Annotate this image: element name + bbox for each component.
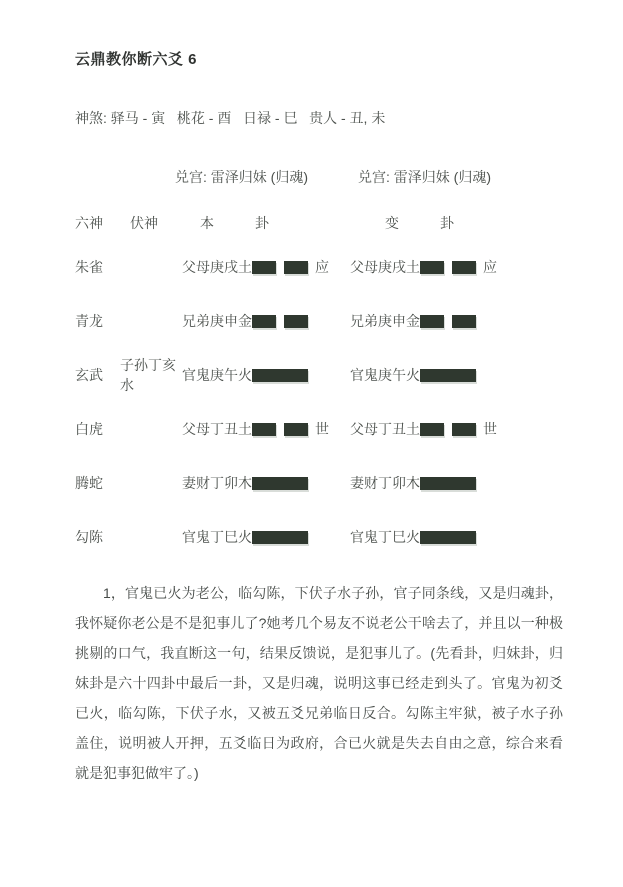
palace-header-row: 兑宫: 雷泽归妹 (归魂) 兑宫: 雷泽归妹 (归魂): [75, 167, 565, 184]
changed-line-label: 兄弟庚申金: [350, 311, 420, 331]
yin-line-symbol: [252, 423, 308, 436]
original-gua-cell: 父母丁丑土世: [182, 419, 350, 439]
yang-line-symbol: [252, 531, 308, 544]
table-row: 朱雀父母庚戌土应父母庚戌土应: [75, 240, 565, 294]
original-line-label: 官鬼丁巳火: [182, 527, 252, 547]
yang-bar: [420, 369, 476, 382]
changed-gua-cell: 官鬼庚午火: [350, 365, 518, 385]
changed-line-label: 父母丁丑土: [350, 419, 420, 439]
yin-segment: [252, 261, 276, 274]
header-changed: 变: [385, 213, 399, 233]
header-hidden-spirit: 伏神: [130, 213, 158, 233]
header-original: 本: [200, 213, 214, 233]
header-six-gods: 六神: [75, 213, 103, 233]
hexagram-rows: 朱雀父母庚戌土应父母庚戌土应青龙兄弟庚申金兄弟庚申金玄武子孙丁亥水官鬼庚午火官鬼…: [75, 240, 565, 564]
yin-segment: [452, 423, 476, 436]
changed-line-label: 父母庚戌土: [350, 257, 420, 277]
yin-segment: [284, 423, 308, 436]
hidden-spirit-label: 子孙丁亥水: [120, 355, 182, 395]
yang-line-symbol: [420, 369, 476, 382]
yang-line-symbol: [252, 369, 308, 382]
six-god-label: 腾蛇: [75, 473, 120, 493]
original-line-label: 妻财丁卯木: [182, 473, 252, 493]
changed-gua-cell: 父母庚戌土应: [350, 257, 518, 277]
yang-line-symbol: [420, 477, 476, 490]
yin-segment: [284, 315, 308, 328]
changed-gua-cell: 父母丁丑土世: [350, 419, 518, 439]
yin-segment: [420, 423, 444, 436]
yin-line-symbol: [420, 261, 476, 274]
yang-line-symbol: [252, 477, 308, 490]
six-god-label: 勾陈: [75, 527, 120, 547]
original-line-label: 官鬼庚午火: [182, 365, 252, 385]
original-gua-cell: 妻财丁卯木: [182, 473, 350, 493]
yin-segment: [252, 423, 276, 436]
shi-ying-marker: 世: [308, 419, 350, 439]
table-row: 腾蛇妻财丁卯木妻财丁卯木: [75, 456, 565, 510]
header-original-gua: 卦: [255, 213, 269, 233]
yin-segment: [452, 261, 476, 274]
yin-line-symbol: [252, 261, 308, 274]
changed-line-label: 官鬼丁巳火: [350, 527, 420, 547]
six-god-label: 玄武: [75, 365, 120, 385]
original-gua-cell: 官鬼丁巳火: [182, 527, 350, 547]
shensha-line: 神煞: 驿马 - 寅 桃花 - 酉 日禄 - 巳 贵人 - 丑, 未: [75, 108, 565, 128]
six-god-label: 白虎: [75, 419, 120, 439]
yin-segment: [452, 315, 476, 328]
changed-gua-cell: 兄弟庚申金: [350, 311, 518, 331]
changed-line-label: 妻财丁卯木: [350, 473, 420, 493]
table-row: 白虎父母丁丑土世父母丁丑土世: [75, 402, 565, 456]
yang-bar: [252, 531, 308, 544]
page-title: 云鼎教你断六爻 6: [75, 48, 565, 69]
table-header-row: 六神 伏神 本 卦 变 卦: [75, 213, 565, 230]
analysis-paragraph: 1，官鬼已火为老公，临勾陈，下伏子水子孙，官子同条线，又是归魂卦，我怀疑你老公是…: [75, 578, 563, 788]
six-god-label: 朱雀: [75, 257, 120, 277]
yin-line-symbol: [420, 423, 476, 436]
yin-line-symbol: [252, 315, 308, 328]
palace-right-label: 兑宫: 雷泽归妹 (归魂): [358, 167, 491, 187]
yin-segment: [252, 315, 276, 328]
yang-bar: [252, 369, 308, 382]
shi-ying-marker: 应: [308, 257, 350, 277]
table-row: 勾陈官鬼丁巳火官鬼丁巳火: [75, 510, 565, 564]
changed-line-label: 官鬼庚午火: [350, 365, 420, 385]
yang-line-symbol: [420, 531, 476, 544]
original-line-label: 父母庚戌土: [182, 257, 252, 277]
original-line-label: 兄弟庚申金: [182, 311, 252, 331]
yang-bar: [420, 531, 476, 544]
yin-line-symbol: [420, 315, 476, 328]
six-god-label: 青龙: [75, 311, 120, 331]
original-line-label: 父母丁丑土: [182, 419, 252, 439]
palace-left-label: 兑宫: 雷泽归妹 (归魂): [175, 167, 308, 187]
yin-segment: [284, 261, 308, 274]
yang-bar: [252, 477, 308, 490]
original-gua-cell: 官鬼庚午火: [182, 365, 350, 385]
original-gua-cell: 兄弟庚申金: [182, 311, 350, 331]
header-changed-gua: 卦: [440, 213, 454, 233]
original-gua-cell: 父母庚戌土应: [182, 257, 350, 277]
document-page: 云鼎教你断六爻 6 神煞: 驿马 - 寅 桃花 - 酉 日禄 - 巳 贵人 - …: [0, 0, 623, 887]
table-row: 玄武子孙丁亥水官鬼庚午火官鬼庚午火: [75, 348, 565, 402]
changed-gua-cell: 妻财丁卯木: [350, 473, 518, 493]
shi-ying-marker: 应: [476, 257, 518, 277]
yin-segment: [420, 261, 444, 274]
table-row: 青龙兄弟庚申金兄弟庚申金: [75, 294, 565, 348]
changed-gua-cell: 官鬼丁巳火: [350, 527, 518, 547]
yin-segment: [420, 315, 444, 328]
shi-ying-marker: 世: [476, 419, 518, 439]
yang-bar: [420, 477, 476, 490]
